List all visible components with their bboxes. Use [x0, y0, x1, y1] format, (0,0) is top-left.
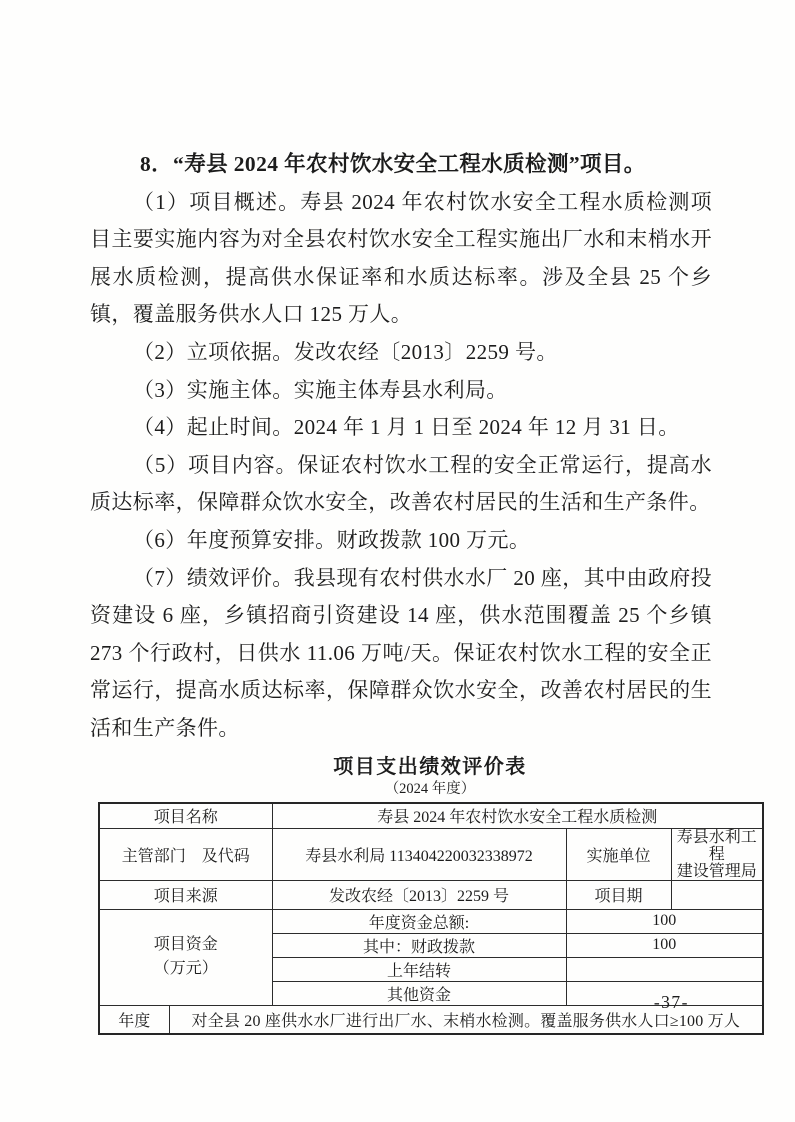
cell-funds-carryover-value — [566, 957, 763, 981]
paragraph-evaluation: （7）绩效评价。我县现有农村供水水厂 20 座，其中由政府投资建设 6 座，乡镇… — [90, 560, 712, 748]
paragraph-duration: （4）起止时间。2024 年 1 月 1 日至 2024 年 12 月 31 日… — [90, 409, 712, 447]
cell-project-period-value — [671, 880, 763, 909]
cell-implement-unit-value: 寿县水利工程 建设管理局 — [671, 828, 763, 880]
body-text: 8．“寿县 2024 年农村饮水安全工程水质检测”项目。 （1）项目概述。寿县 … — [90, 146, 712, 748]
page-number: -37- — [654, 992, 689, 1013]
table-row-funds-total: 项目资金 （万元） 年度资金总额: 100 — [99, 909, 763, 933]
cell-funds-carryover-name: 上年结转 — [272, 957, 566, 981]
cell-funds-other-name: 其他资金 — [272, 981, 566, 1005]
cell-funds-label: 项目资金 （万元） — [99, 909, 272, 1005]
section-heading: 8．“寿县 2024 年农村饮水安全工程水质检测”项目。 — [90, 146, 712, 184]
table-subtitle: （2024 年度） — [98, 780, 762, 799]
cell-department-value: 寿县水利局 113404220032338972 — [272, 828, 566, 880]
cell-funds-total-name: 年度资金总额: — [272, 909, 566, 933]
cell-project-name-label: 项目名称 — [99, 803, 272, 829]
document-page: 8．“寿县 2024 年农村饮水安全工程水质检测”项目。 （1）项目概述。寿县 … — [0, 0, 795, 1122]
table-row-project-name: 项目名称 寿县 2024 年农村饮水安全工程水质检测 — [99, 803, 763, 829]
cell-funds-total-value: 100 — [566, 909, 763, 933]
table-row-department: 主管部门 及代码 寿县水利局 113404220032338972 实施单位 寿… — [99, 828, 763, 880]
cell-project-period-label: 项目期 — [566, 880, 671, 909]
cell-project-name-value: 寿县 2024 年农村饮水安全工程水质检测 — [272, 803, 763, 829]
table-row-source: 项目来源 发改农经〔2013〕2259 号 项目期 — [99, 880, 763, 909]
cell-source-value: 发改农经〔2013〕2259 号 — [272, 880, 566, 909]
paragraph-overview: （1）项目概述。寿县 2024 年农村饮水安全工程水质检测项目主要实施内容为对全… — [90, 184, 712, 334]
page-content: 8．“寿县 2024 年农村饮水安全工程水质检测”项目。 （1）项目概述。寿县 … — [90, 146, 712, 1035]
table-title: 项目支出绩效评价表 — [98, 755, 762, 779]
cell-annual-label: 年度 — [99, 1005, 169, 1034]
cell-funds-fiscal-name: 其中：财政拨款 — [272, 933, 566, 957]
paragraph-implementer: （3）实施主体。实施主体寿县水利局。 — [90, 372, 712, 410]
paragraph-content: （5）项目内容。保证农村饮水工程的安全正常运行，提高水质达标率，保障群众饮水安全… — [90, 447, 712, 522]
cell-implement-unit-label: 实施单位 — [566, 828, 671, 880]
cell-funds-fiscal-value: 100 — [566, 933, 763, 957]
cell-source-label: 项目来源 — [99, 880, 272, 909]
paragraph-basis: （2）立项依据。发改农经〔2013〕2259 号。 — [90, 334, 712, 372]
cell-department-label: 主管部门 及代码 — [99, 828, 272, 880]
paragraph-budget: （6）年度预算安排。财政拨款 100 万元。 — [90, 522, 712, 560]
